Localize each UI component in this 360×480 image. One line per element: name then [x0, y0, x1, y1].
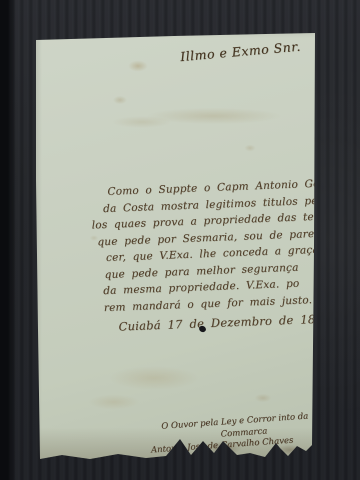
signature-block: O Ouvor pela Ley e Corror into da Commar… — [161, 410, 327, 456]
letter-body: Como o Suppte o Capm Antonio Gomes da Co… — [101, 176, 321, 336]
photo-backdrop: Illmo e Exmo Snr. Como o Suppte o Capm A… — [0, 0, 360, 480]
letter-salutation: Illmo e Exmo Snr. — [180, 37, 321, 64]
manuscript-paper: Illmo e Exmo Snr. Como o Suppte o Capm A… — [34, 30, 316, 462]
letter-dateline: Cuiabá 17 de Dezembro de 1818 — [118, 311, 320, 335]
